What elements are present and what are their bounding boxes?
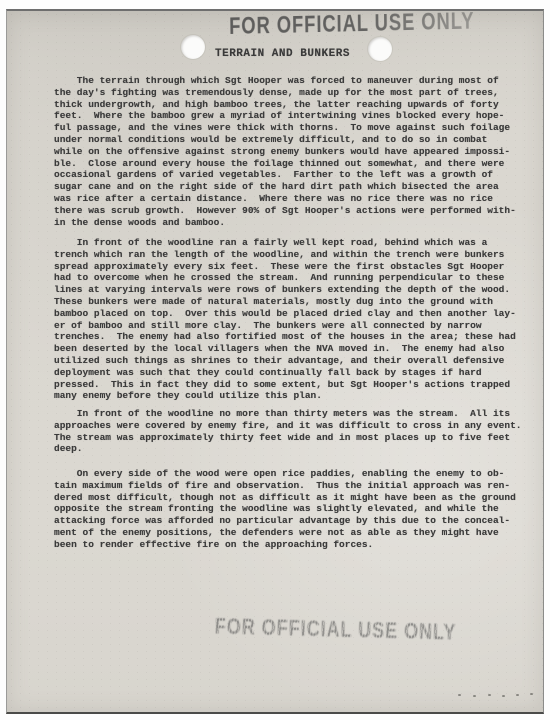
speck-dot [488,694,491,696]
hole-punch-right [368,37,392,61]
hole-punch-left [181,35,205,59]
classification-stamp-top: FOR OFFICIAL USE ONLY [229,9,475,42]
paragraph-bunkers: In front of the woodline ran a fairly we… [54,237,516,402]
paragraph-rice-paddies: On every side of the wood were open rice… [54,468,516,551]
speck-dot [473,695,476,697]
speck-dot [458,694,461,696]
speck-dot [502,695,505,697]
scan-background: FOR OFFICIAL USE ONLY TERRAIN AND BUNKER… [0,0,550,720]
paragraph-stream: In front of the woodline no more than th… [54,408,521,455]
document-title: TERRAIN AND BUNKERS [215,48,350,60]
classification-stamp-bottom: FOR OFFICIAL USE ONLY [215,615,457,646]
paragraph-terrain: The terrain through which Sgt Hooper was… [54,75,516,228]
speck-dot [530,693,533,695]
scanned-page: FOR OFFICIAL USE ONLY TERRAIN AND BUNKER… [6,9,544,714]
speck-dot [516,694,519,696]
